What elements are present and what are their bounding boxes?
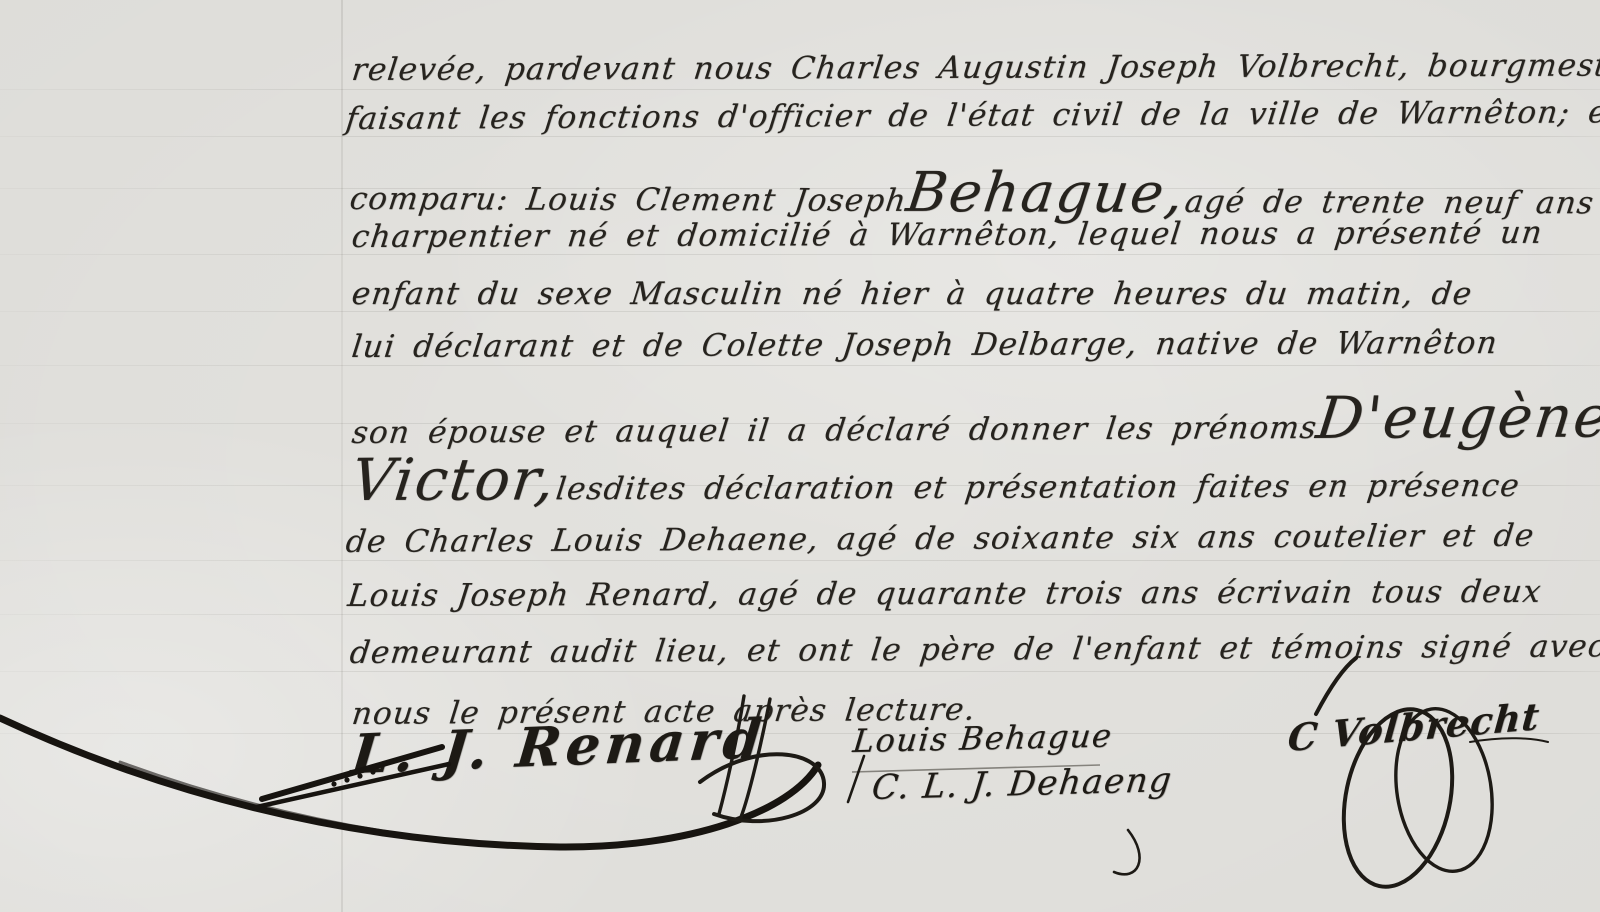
manuscript-text: faisant les fonctions d'officier de l'ét… [344, 94, 1600, 137]
manuscript-line-10: Louis Joseph Renard, agé de quarante tro… [348, 574, 1542, 614]
scanned-page: relevée, pardevant nous Charles Augustin… [0, 0, 1600, 912]
child-middle-name-emphasis: Victor, [348, 445, 560, 514]
signature-volbrecht: C Volbrecht [1286, 694, 1542, 761]
signature-behague: Louis Behague [851, 717, 1114, 761]
manuscript-text: comparu: Louis Clement Joseph [348, 181, 909, 219]
signature-dehaene: C. L. J. Dehaeng [870, 760, 1175, 808]
ruled-line [0, 136, 1600, 137]
manuscript-line-4: charpentier né et domicilié à Warnêton, … [352, 215, 1543, 255]
manuscript-text: enfant du sexe Masculin né hier à quatre… [350, 276, 1475, 312]
dehaene-tail-loop [1114, 830, 1140, 874]
father-name-emphasis: Behague, [903, 160, 1189, 225]
ruled-line [0, 560, 1600, 561]
dehaene-leading-slash [848, 756, 864, 802]
ruled-line [0, 614, 1600, 615]
manuscript-text: Louis Joseph Renard, agé de quarante tro… [346, 574, 1544, 614]
ruled-line [0, 671, 1600, 672]
manuscript-line-5: enfant du sexe Masculin né hier à quatre… [352, 276, 1472, 312]
manuscript-text: lui déclarant et de Colette Joseph Delba… [350, 325, 1500, 365]
volbrecht-upstroke [1316, 658, 1356, 714]
ruled-line [0, 89, 1600, 90]
manuscript-text: de Charles Louis Dehaene, agé de soixant… [344, 518, 1537, 560]
manuscript-line-6: lui déclarant et de Colette Joseph Delba… [352, 325, 1498, 365]
manuscript-line-1: relevée, pardevant nous Charles Augustin… [352, 47, 1600, 88]
manuscript-line-9: de Charles Louis Dehaene, agé de soixant… [346, 518, 1535, 560]
ruled-line [0, 254, 1600, 255]
paraph-dot [331, 781, 336, 786]
manuscript-text: demeurant audit lieu, et ont le père de … [348, 628, 1600, 671]
manuscript-line-11: demeurant audit lieu, et ont le père de … [350, 628, 1600, 671]
manuscript-line-8: Victor, lesdites déclaration et présenta… [352, 442, 1520, 514]
manuscript-text: relevée, pardevant nous Charles Augustin… [350, 47, 1600, 88]
manuscript-line-2: faisant les fonctions d'officier de l'ét… [346, 94, 1600, 137]
manuscript-text: charpentier né et domicilié à Warnêton, … [350, 215, 1545, 255]
ruled-line [0, 365, 1600, 366]
manuscript-text: lesdites déclaration et présentation fai… [554, 468, 1522, 507]
